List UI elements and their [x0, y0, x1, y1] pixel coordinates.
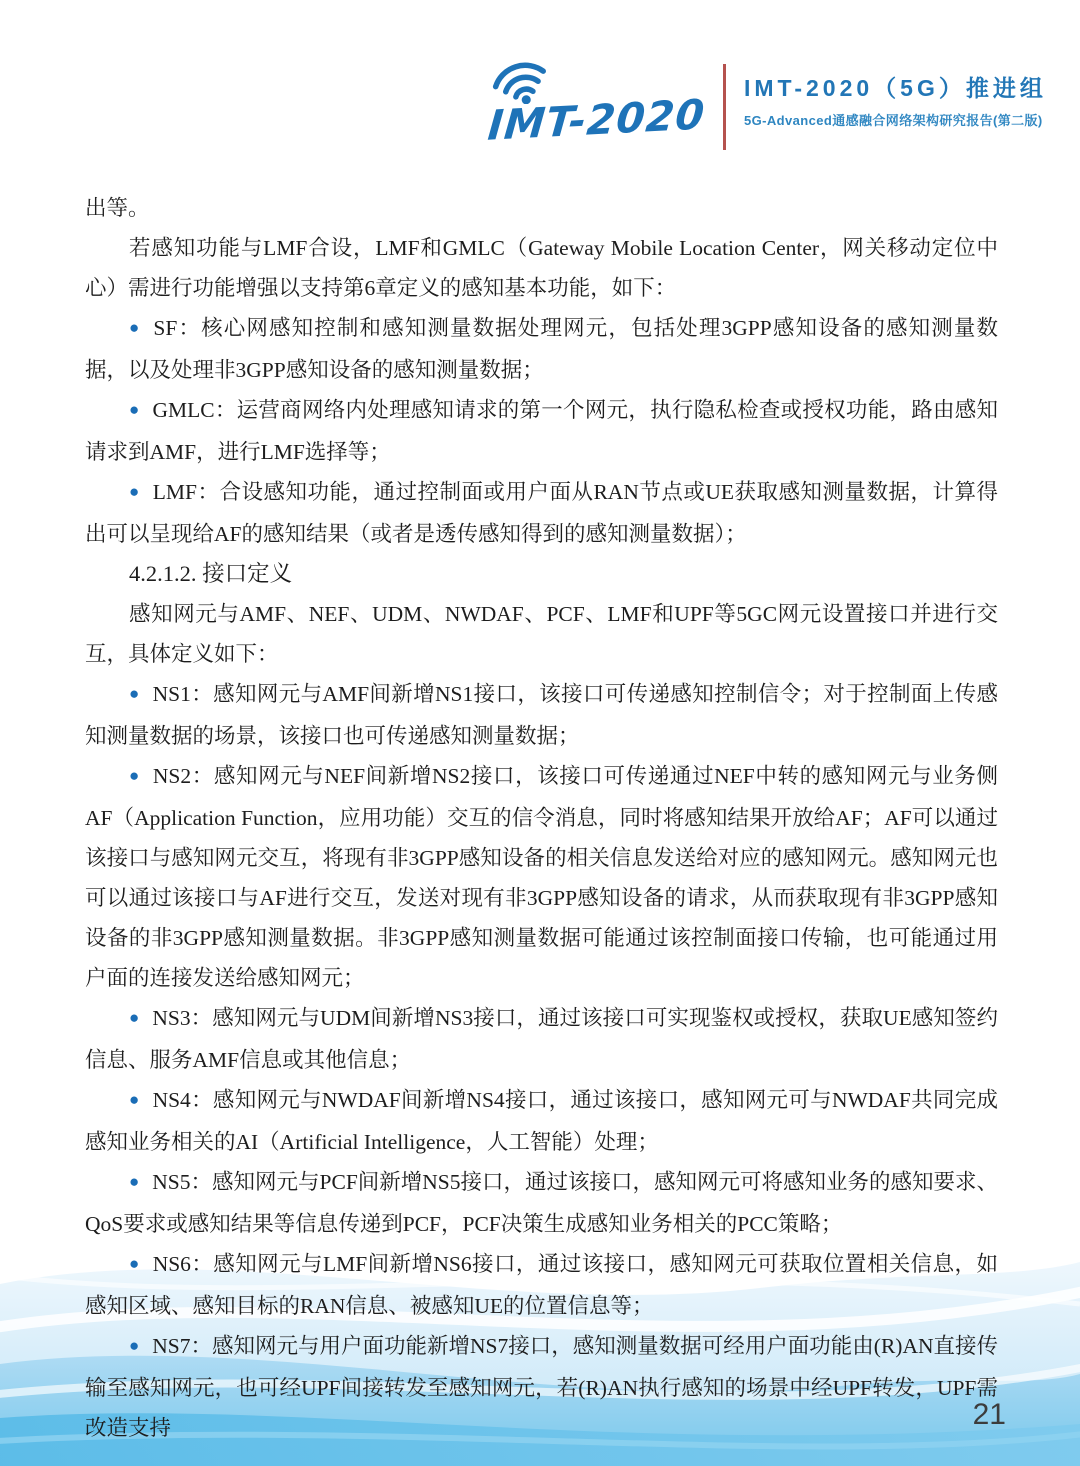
report-subtitle: 5G-Advanced通感融合网络架构研究报告(第二版) — [744, 110, 1044, 129]
bullet-icon: ● — [129, 400, 140, 419]
paragraph-continuation: 出等。 — [85, 188, 998, 228]
bullet-icon: ● — [129, 1254, 140, 1273]
bullet-icon: ● — [129, 1336, 139, 1355]
bullet-text: NS5：感知网元与PCF间新增NS5接口，通过该接口，感知网元可将感知业务的感知… — [85, 1170, 998, 1236]
header-titles: IMT-2020（5G）推进组 5G-Advanced通感融合网络架构研究报告(… — [744, 70, 1044, 129]
bullet-text: NS4：感知网元与NWDAF间新增NS4接口，通过该接口，感知网元可与NWDAF… — [85, 1088, 998, 1154]
bullet-text: GMLC：运营商网络内处理感知请求的第一个网元，执行隐私检查或授权功能，路由感知… — [85, 398, 998, 464]
bullet-text: NS1：感知网元与AMF间新增NS1接口，该接口可传递感知控制信令；对于控制面上… — [85, 682, 998, 748]
bullet-item-ns5: ●NS5：感知网元与PCF间新增NS5接口，通过该接口，感知网元可将感知业务的感… — [85, 1162, 998, 1244]
bullet-text: NS6：感知网元与LMF间新增NS6接口，通过该接口，感知网元可获取位置相关信息… — [85, 1252, 998, 1318]
bullet-icon: ● — [129, 1008, 139, 1027]
bullet-icon: ● — [129, 482, 140, 501]
bullet-item-ns6: ●NS6：感知网元与LMF间新增NS6接口，通过该接口，感知网元可获取位置相关信… — [85, 1244, 998, 1326]
paragraph: 感知网元与AMF、NEF、UDM、NWDAF、PCF、LMF和UPF等5GC网元… — [85, 594, 998, 674]
page-header: IMT-2020 IMT-2020（5G）推进组 5G-Advanced通感融合… — [0, 0, 1080, 175]
page-number: 21 — [973, 1398, 1006, 1432]
bullet-icon: ● — [129, 1090, 140, 1109]
bullet-icon: ● — [129, 766, 140, 785]
bullet-text: NS7：感知网元与用户面功能新增NS7接口，感知测量数据可经用户面功能由(R)A… — [85, 1334, 998, 1440]
document-body: 出等。 若感知功能与LMF合设，LMF和GMLC（Gateway Mobile … — [85, 188, 998, 1448]
bullet-item-lmf: ●LMF：合设感知功能，通过控制面或用户面从RAN节点或UE获取感知测量数据，计… — [85, 472, 998, 554]
org-name: IMT-2020（5G）推进组 — [744, 70, 1044, 103]
section-heading: 4.2.1.2. 接口定义 — [85, 554, 998, 594]
logo-wordmark: IMT-2020 — [486, 90, 707, 150]
bullet-text: SF：核心网感知控制和感知测量数据处理网元，包括处理3GPP感知设备的感知测量数… — [85, 316, 998, 382]
bullet-item-ns7: ●NS7：感知网元与用户面功能新增NS7接口，感知测量数据可经用户面功能由(R)… — [85, 1326, 998, 1448]
bullet-icon: ● — [129, 1172, 139, 1191]
bullet-icon: ● — [129, 318, 140, 337]
document-page: IMT-2020 IMT-2020（5G）推进组 5G-Advanced通感融合… — [0, 0, 1080, 1466]
bullet-item-ns1: ●NS1：感知网元与AMF间新增NS1接口，该接口可传递感知控制信令；对于控制面… — [85, 674, 998, 756]
bullet-item-ns3: ●NS3：感知网元与UDM间新增NS3接口，通过该接口可实现鉴权或授权，获取UE… — [85, 998, 998, 1080]
bullet-text: NS2：感知网元与NEF间新增NS2接口，该接口可传递通过NEF中转的感知网元与… — [85, 764, 998, 990]
imt2020-logo: IMT-2020 — [488, 52, 713, 167]
bullet-item-sf: ●SF：核心网感知控制和感知测量数据处理网元，包括处理3GPP感知设备的感知测量… — [85, 308, 998, 390]
bullet-item-gmlc: ●GMLC：运营商网络内处理感知请求的第一个网元，执行隐私检查或授权功能，路由感… — [85, 390, 998, 472]
header-separator-line — [723, 64, 726, 150]
bullet-item-ns2: ●NS2：感知网元与NEF间新增NS2接口，该接口可传递通过NEF中转的感知网元… — [85, 756, 998, 998]
wifi-signal-icon — [492, 52, 558, 104]
bullet-text: NS3：感知网元与UDM间新增NS3接口，通过该接口可实现鉴权或授权，获取UE感… — [85, 1006, 998, 1072]
bullet-item-ns4: ●NS4：感知网元与NWDAF间新增NS4接口，通过该接口，感知网元可与NWDA… — [85, 1080, 998, 1162]
bullet-icon: ● — [129, 684, 140, 703]
paragraph: 若感知功能与LMF合设，LMF和GMLC（Gateway Mobile Loca… — [85, 228, 998, 308]
bullet-text: LMF：合设感知功能，通过控制面或用户面从RAN节点或UE获取感知测量数据，计算… — [85, 480, 998, 546]
